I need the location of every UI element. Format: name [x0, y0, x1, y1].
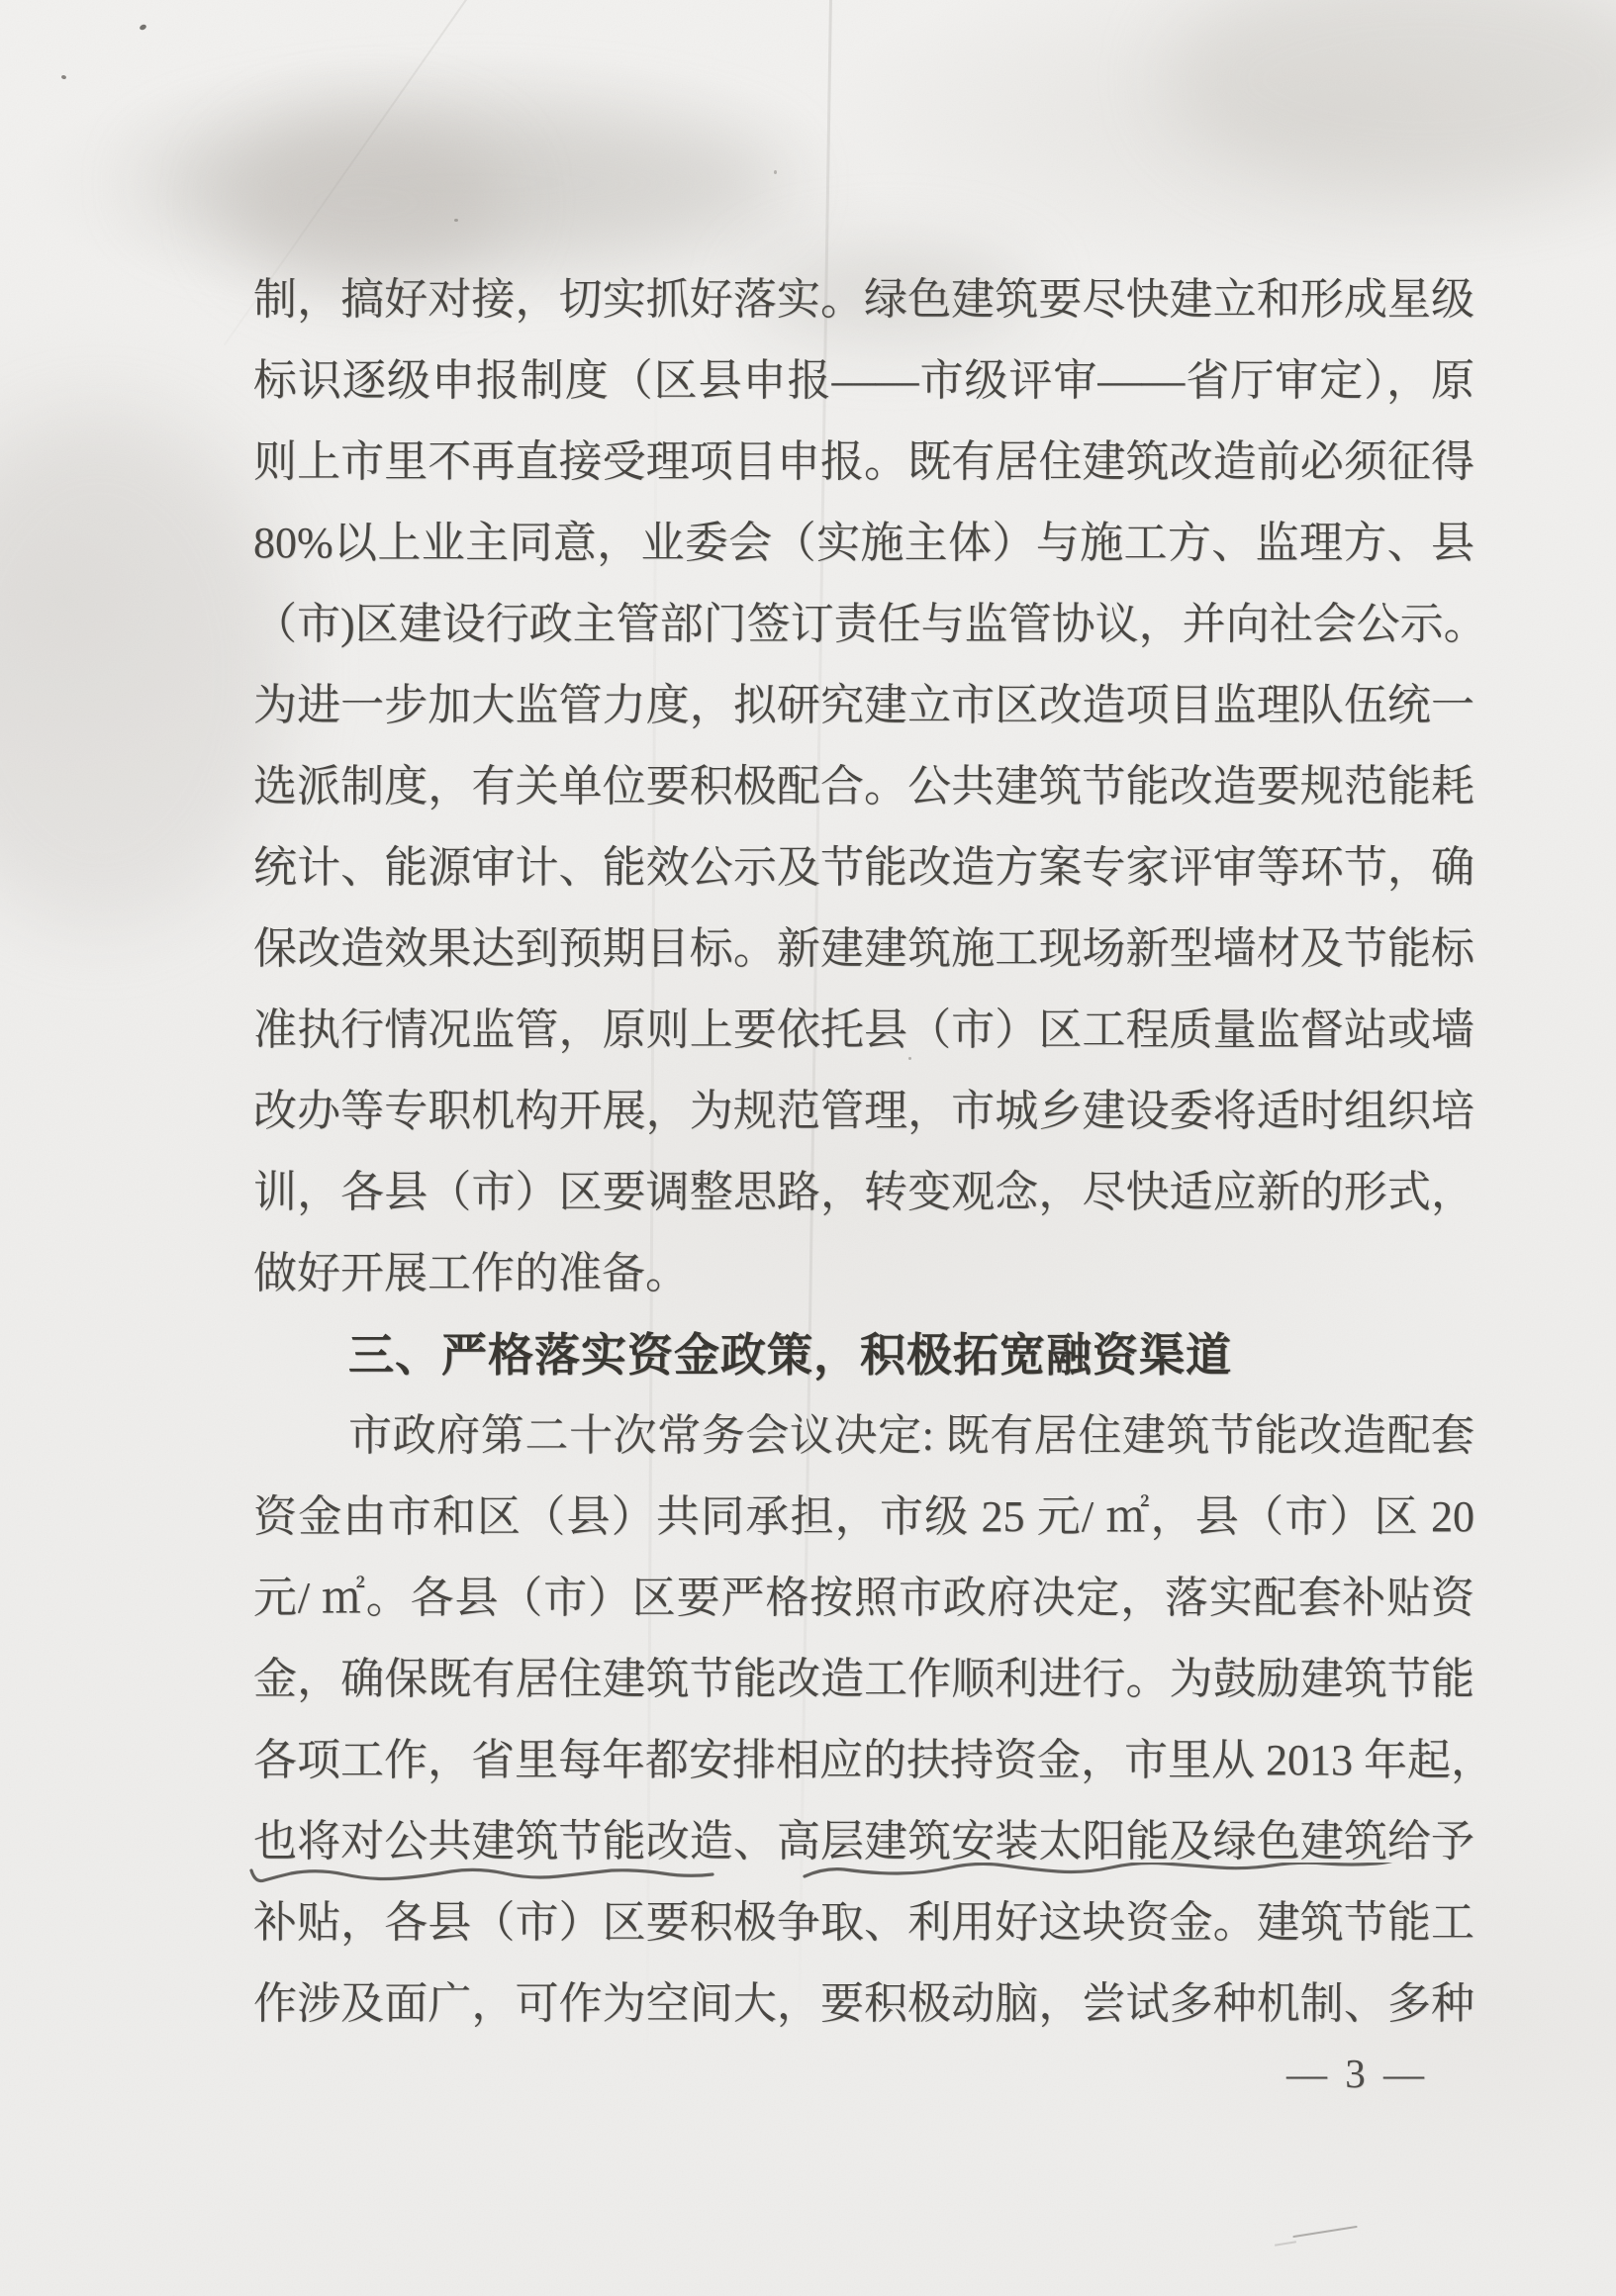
body-text-line: 准执行情况监管，原则上要依托县（市）区工程质量监督站或墙 [253, 990, 1474, 1071]
scanned-document-page: 制，搞好对接，切实抓好落实。绿色建筑要尽快建立和形成星级 标识逐级申报制度（区县… [0, 0, 1616, 2296]
body-text-line: 统计、能源审计、能效公示及节能改造方案专家评审等环节，确 [253, 827, 1474, 909]
paper-shading [1168, 0, 1616, 198]
pencil-mark [1292, 2226, 1358, 2238]
body-text-line: 保改造效果达到预期目标。新建建筑施工现场新型墙材及节能标 [253, 909, 1474, 990]
body-text-line: 训，各县（市）区要调整思路，转变观念，尽快适应新的形式， [253, 1152, 1474, 1233]
ink-speck [454, 219, 458, 222]
body-text-line: 作涉及面广，可作为空间大，要积极动脑，尝试多种机制、多种 [253, 1963, 1474, 2045]
body-text-line: 各项工作，省里每年都安排相应的扶持资金，市里从 2013 年起， [253, 1720, 1474, 1801]
page-number: — 3 — [1286, 2049, 1455, 2098]
body-text-line: 则上市里不再直接受理项目申报。既有居住建筑改造前必须征得 [253, 422, 1474, 503]
body-text-line: 改办等专职机构开展，为规范管理，市城乡建设委将适时组织培 [253, 1071, 1474, 1152]
section-heading: 三、严格落实资金政策，积极拓宽融资渠道 [253, 1314, 1474, 1395]
body-text-line: 金，确保既有居住建筑节能改造工作顺利进行。为鼓励建筑节能 [253, 1639, 1474, 1720]
body-text-line: 为进一步加大监管力度，拟研究建立市区改造项目监理队伍统一 [253, 665, 1474, 746]
ink-speck [774, 170, 777, 174]
body-text-line: 资金由市和区（县）共同承担，市级 25 元/ ㎡，县（市）区 20 [253, 1477, 1474, 1558]
ink-speck [139, 24, 146, 31]
body-text-line: 也将对公共建筑节能改造、高层建筑安装太阳能及绿色建筑给予 [253, 1801, 1474, 1882]
pencil-mark [1275, 2241, 1296, 2246]
body-text-line: 标识逐级申报制度（区县申报——市级评审——省厅审定），原 [253, 340, 1474, 422]
paper-shading [148, 109, 782, 257]
body-text-line: 元/ ㎡。各县（市）区要严格按照市政府决定，落实配套补贴资 [253, 1558, 1474, 1639]
body-text-line: （市)区建设行政主管部门签订责任与监管协议，并向社会公示。 [253, 584, 1474, 665]
document-text: 制，搞好对接，切实抓好落实。绿色建筑要尽快建立和形成星级 标识逐级申报制度（区县… [253, 259, 1474, 2045]
body-text-line: 补贴，各县（市）区要积极争取、利用好这块资金。建筑节能工 [253, 1882, 1474, 1963]
body-text-line: 选派制度，有关单位要积极配合。公共建筑节能改造要规范能耗 [253, 746, 1474, 827]
body-text-line: 市政府第二十次常务会议决定: 既有居住建筑节能改造配套 [253, 1395, 1474, 1477]
body-text-line: 制，搞好对接，切实抓好落实。绿色建筑要尽快建立和形成星级 [253, 259, 1474, 340]
ink-speck [61, 74, 67, 79]
paper-shading [0, 416, 287, 930]
body-text-line: 80%以上业主同意，业委会（实施主体）与施工方、监理方、县 [253, 503, 1474, 584]
body-text-line: 做好开展工作的准备。 [253, 1233, 1474, 1314]
